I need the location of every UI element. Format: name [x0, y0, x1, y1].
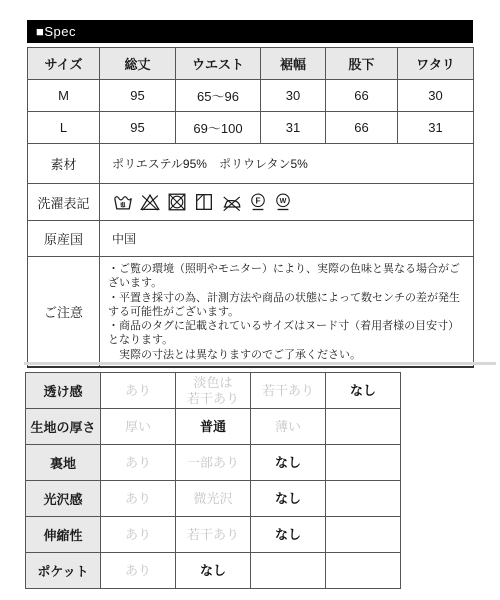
size-value: 31	[398, 112, 474, 144]
material-label: 素材	[28, 144, 100, 184]
feature-option: あり	[101, 553, 176, 589]
column-header-size: サイズ	[28, 48, 100, 80]
feature-option-selected: なし	[176, 553, 251, 589]
do-not-iron-icon	[220, 191, 243, 213]
notice-line: ・商品のタグに記載されているサイズはヌード寸（着用者様の目安寸）となります。	[108, 319, 465, 348]
feature-label: 光沢感	[26, 481, 101, 517]
care-icons-group: F W	[100, 191, 473, 213]
feature-option-empty	[326, 409, 401, 445]
feature-option-selected: なし	[251, 445, 326, 481]
feature-option-selected: なし	[251, 481, 326, 517]
feature-option: あり	[101, 373, 176, 409]
origin-row: 原産国 中国	[28, 221, 474, 257]
size-value: 30	[261, 80, 326, 112]
feature-row-pocket: ポケット あり なし	[26, 553, 401, 589]
notice-label: ご注意	[28, 257, 100, 368]
feature-option: 厚い	[101, 409, 176, 445]
feature-option-empty	[326, 553, 401, 589]
feature-label: ポケット	[26, 553, 101, 589]
size-value: 66	[326, 112, 398, 144]
feature-option: 一部あり	[176, 445, 251, 481]
do-not-bleach-icon	[139, 191, 161, 213]
column-header-waist: ウエスト	[176, 48, 261, 80]
feature-option: あり	[101, 445, 176, 481]
size-value: 31	[261, 112, 326, 144]
feature-option-empty	[326, 445, 401, 481]
feature-label: 透け感	[26, 373, 101, 409]
size-value: 95	[100, 80, 176, 112]
wet-clean-gentle-icon: W	[273, 191, 293, 213]
feature-option: 微光沢	[176, 481, 251, 517]
feature-label: 裏地	[26, 445, 101, 481]
feature-option-selected: なし	[251, 517, 326, 553]
feature-option: あり	[101, 481, 176, 517]
feature-option: あり	[101, 517, 176, 553]
size-value: 95	[100, 112, 176, 144]
svg-text:F: F	[255, 195, 260, 205]
feature-label: 生地の厚さ	[26, 409, 101, 445]
feature-option-selected: なし	[326, 373, 401, 409]
care-row: 洗濯表記	[28, 184, 474, 221]
size-value: 65～96	[176, 80, 261, 112]
feature-table: 透け感 あり 淡色は 若干あり 若干あり なし 生地の厚さ 厚い 普通 薄い 裏…	[25, 372, 401, 589]
feature-option-empty	[251, 553, 326, 589]
notice-line: 実際の寸法とは異なりますのでご了承ください。	[108, 348, 465, 362]
care-symbols-cell: F W	[100, 184, 474, 221]
size-table-header-row: サイズ 総丈 ウエスト 裾幅 股下 ワタリ	[28, 48, 474, 80]
feature-option-selected: 普通	[176, 409, 251, 445]
size-value: 69～100	[176, 112, 261, 144]
notice-row: ご注意 ・ご覧の環境（照明やモニター）により、実際の色味と異なる場合がございます…	[28, 257, 474, 368]
feature-option: 若干あり	[176, 517, 251, 553]
do-not-tumble-dry-icon	[166, 191, 188, 213]
size-value: 66	[326, 80, 398, 112]
origin-value: 中国	[100, 221, 474, 257]
hand-wash-icon	[112, 191, 134, 213]
size-spec-table: サイズ 総丈 ウエスト 裾幅 股下 ワタリ M 95 65～96 30 66 3…	[27, 47, 474, 368]
feature-row-stretch: 伸縮性 あり 若干あり なし	[26, 517, 401, 553]
notice-text-cell: ・ご覧の環境（照明やモニター）により、実際の色味と異なる場合がございます。 ・平…	[100, 257, 474, 368]
size-label: L	[28, 112, 100, 144]
feature-option-empty	[326, 481, 401, 517]
feature-option: 薄い	[251, 409, 326, 445]
svg-text:W: W	[280, 197, 287, 205]
feature-row-lining: 裏地 あり 一部あり なし	[26, 445, 401, 481]
column-header-length: 総丈	[100, 48, 176, 80]
feature-row-sheerness: 透け感 あり 淡色は 若干あり 若干あり なし	[26, 373, 401, 409]
line-dry-in-shade-icon	[193, 191, 215, 213]
material-row: 素材 ポリエステル95% ポリウレタン5%	[28, 144, 474, 184]
notice-line: ・ご覧の環境（照明やモニター）により、実際の色味と異なる場合がございます。	[108, 262, 465, 291]
material-value: ポリエステル95% ポリウレタン5%	[100, 144, 474, 184]
column-header-hem: 裾幅	[261, 48, 326, 80]
size-row-l: L 95 69～100 31 66 31	[28, 112, 474, 144]
size-row-m: M 95 65～96 30 66 30	[28, 80, 474, 112]
origin-label: 原産国	[28, 221, 100, 257]
dry-clean-petroleum-gentle-icon: F	[248, 191, 268, 213]
feature-row-gloss: 光沢感 あり 微光沢 なし	[26, 481, 401, 517]
spec-header: ■Spec	[27, 20, 473, 43]
section-divider	[24, 362, 496, 365]
feature-option: 若干あり	[251, 373, 326, 409]
size-value: 30	[398, 80, 474, 112]
notice-line: ・平置き採寸の為、計測方法や商品の状態によって数センチの差が発生する可能性がござ…	[108, 291, 465, 320]
feature-row-thickness: 生地の厚さ 厚い 普通 薄い	[26, 409, 401, 445]
feature-option-empty	[326, 517, 401, 553]
care-label: 洗濯表記	[28, 184, 100, 221]
size-label: M	[28, 80, 100, 112]
feature-option: 淡色は 若干あり	[176, 373, 251, 409]
column-header-thigh: ワタリ	[398, 48, 474, 80]
column-header-inseam: 股下	[326, 48, 398, 80]
feature-label: 伸縮性	[26, 517, 101, 553]
